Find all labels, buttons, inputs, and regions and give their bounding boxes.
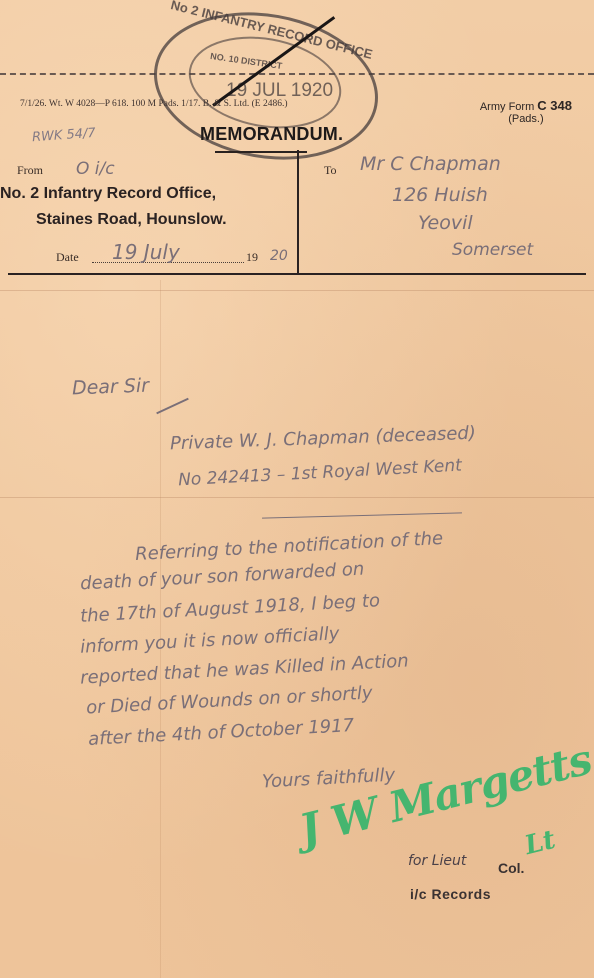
records-office-line: i/c Records: [410, 886, 491, 902]
to-label: To: [324, 163, 337, 178]
recipient-name: Mr C Chapman: [360, 153, 501, 175]
memorandum-title: MEMORANDUM.: [200, 124, 343, 145]
header-divider-vertical: [297, 150, 299, 274]
date-year-handwritten: 20: [270, 248, 288, 264]
office-address: Staines Road, Hounslow.: [36, 211, 227, 229]
from-handwritten: O i/c: [76, 159, 115, 179]
date-year-printed: 19: [246, 250, 258, 265]
for-lieut-note: for Lieut: [408, 853, 466, 869]
date-handwritten: 19 July: [112, 240, 180, 264]
title-underline: [215, 151, 307, 153]
fold-line: [0, 497, 594, 498]
date-label: Date: [56, 250, 79, 265]
printer-line: 7/1/26. Wt. W 4028—P 618. 100 M Pads. 1/…: [20, 99, 288, 109]
form-number: C 348: [537, 98, 572, 113]
recipient-town: Yeovil: [418, 212, 473, 234]
recipient-street: 126 Huish: [392, 184, 488, 206]
fold-line: [0, 290, 594, 291]
office-name: No. 2 Infantry Record Office,: [0, 185, 216, 203]
recipient-county: Somerset: [452, 240, 533, 260]
salutation: Dear Sir: [72, 375, 150, 400]
form-sub: (Pads.): [508, 113, 543, 125]
fold-line: [160, 280, 161, 978]
from-label: From: [17, 163, 43, 178]
army-form-number: Army Form C 348 (Pads.): [480, 98, 572, 125]
form-label: Army Form: [480, 101, 537, 113]
rank-col: Col.: [498, 860, 524, 876]
header-divider-horizontal: [8, 273, 586, 275]
